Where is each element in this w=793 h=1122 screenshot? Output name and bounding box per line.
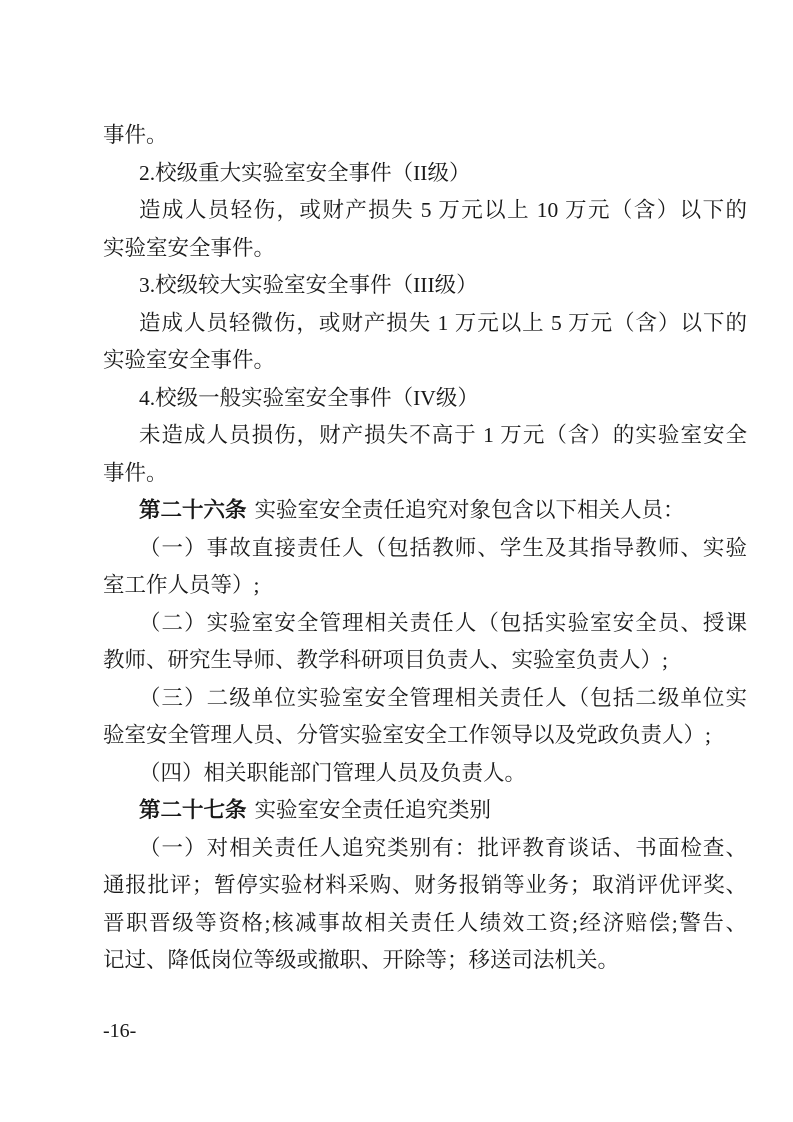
document-page: 事件。 2.校级重大实验室安全事件（II级） 造成人员轻伤，或财产损失 5 万元… bbox=[0, 0, 793, 1122]
doc-line-article: 第二十六条实验室安全责任追究对象包含以下相关人员： bbox=[103, 492, 747, 530]
page-number: -16- bbox=[103, 1017, 136, 1045]
doc-line: 通报批评；暂停实验材料采购、财务报销等业务；取消评优评奖、 bbox=[103, 867, 747, 905]
doc-line: 造成人员轻伤，或财产损失 5 万元以上 10 万元（含）以下的 bbox=[103, 192, 747, 230]
doc-line: 记过、降低岗位等级或撤职、开除等；移送司法机关。 bbox=[103, 942, 747, 980]
doc-line: 造成人员轻微伤，或财产损失 1 万元以上 5 万元（含）以下的 bbox=[103, 305, 747, 343]
doc-line: 验室安全管理人员、分管实验室安全工作领导以及党政负责人）; bbox=[103, 717, 747, 755]
doc-line: （三）二级单位实验室安全管理相关责任人（包括二级单位实 bbox=[103, 680, 747, 718]
doc-line: 4.校级一般实验室安全事件（IV级） bbox=[103, 380, 747, 418]
article-title: 实验室安全责任追究对象包含以下相关人员： bbox=[255, 498, 685, 522]
article-number: 第二十七条 bbox=[139, 798, 247, 822]
document-body: 事件。 2.校级重大实验室安全事件（II级） 造成人员轻伤，或财产损失 5 万元… bbox=[103, 117, 747, 980]
doc-line: 2.校级重大实验室安全事件（II级） bbox=[103, 155, 747, 193]
doc-line: （二）实验室安全管理相关责任人（包括实验室安全员、授课 bbox=[103, 605, 747, 643]
doc-line: 事件。 bbox=[103, 455, 747, 493]
doc-line-article: 第二十七条实验室安全责任追究类别 bbox=[103, 792, 747, 830]
doc-line: 实验室安全事件。 bbox=[103, 230, 747, 268]
doc-line: 教师、研究生导师、教学科研项目负责人、实验室负责人）; bbox=[103, 642, 747, 680]
doc-line: （一）对相关责任人追究类别有：批评教育谈话、书面检查、 bbox=[103, 830, 747, 868]
doc-line: 室工作人员等）; bbox=[103, 567, 747, 605]
doc-line: （一）事故直接责任人（包括教师、学生及其指导教师、实验 bbox=[103, 530, 747, 568]
doc-line: （四）相关职能部门管理人员及负责人。 bbox=[103, 755, 747, 793]
doc-line: 晋职晋级等资格;核减事故相关责任人绩效工资;经济赔偿;警告、 bbox=[103, 905, 747, 943]
article-title: 实验室安全责任追究类别 bbox=[255, 798, 492, 822]
doc-line: 事件。 bbox=[103, 117, 747, 155]
article-number: 第二十六条 bbox=[139, 498, 247, 522]
doc-line: 3.校级较大实验室安全事件（III级） bbox=[103, 267, 747, 305]
doc-line: 未造成人员损伤，财产损失不高于 1 万元（含）的实验室安全 bbox=[103, 417, 747, 455]
doc-line: 实验室安全事件。 bbox=[103, 342, 747, 380]
